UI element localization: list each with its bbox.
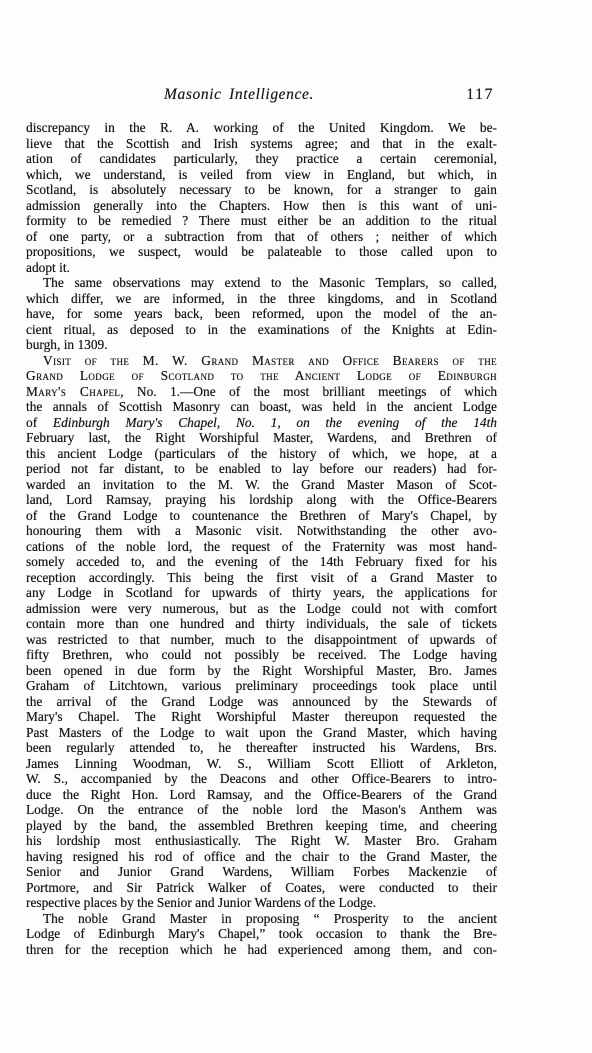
text-line: Lodge of Edinburgh Mary's Chapel,” took … xyxy=(26,926,497,942)
small-caps-text: Grand Lodge of Scotland to the Ancient L… xyxy=(26,368,497,383)
text-line: land, Lord Ramsay, praying his lordship … xyxy=(26,492,497,508)
page-header: Masonic Intelligence. 117 xyxy=(26,86,496,106)
text-line: Mary's Chapel. The Right Worshipful Mast… xyxy=(26,709,497,725)
text-line: Scotland, is absolutely necessary to be … xyxy=(26,182,497,198)
text-line: discrepancy in the R. A. working of the … xyxy=(26,120,497,136)
text-line: burgh, in 1309. xyxy=(26,337,497,353)
text-line: February last, the Right Worshipful Mast… xyxy=(26,430,497,446)
plain-text: , No. 1.—One of the most brilliant meeti… xyxy=(120,384,497,399)
text-line: been opened in due form by the Right Wor… xyxy=(26,663,497,679)
text-line: this ancient Lodge (particulars of the h… xyxy=(26,446,497,462)
text-line: adopt it. xyxy=(26,260,497,276)
text-line: ation of candidates particularly, they p… xyxy=(26,151,497,167)
text-line: the arrival of the Grand Lodge was annou… xyxy=(26,694,497,710)
text-line: admission generally into the Chapters. H… xyxy=(26,198,497,214)
text-line: honouring them with a Masonic visit. Not… xyxy=(26,523,497,539)
text-line: have, for some years back, been reformed… xyxy=(26,306,497,322)
text-line: somely acceded to, and the evening of th… xyxy=(26,554,497,570)
text-line: reception accordingly. This being the fi… xyxy=(26,570,497,586)
text-line: Portmore, and Sir Patrick Walker of Coat… xyxy=(26,880,497,896)
paragraph: Visit of the M. W. Grand Master and Offi… xyxy=(26,353,497,911)
text-line: any Lodge in Scotland for upwards of thi… xyxy=(26,585,497,601)
text-line: Graham of Litchtown, various preliminary… xyxy=(26,678,497,694)
text-line: been regularly attended to, he thereafte… xyxy=(26,740,497,756)
text-line: played by the band, the assembled Brethr… xyxy=(26,818,497,834)
paragraph: discrepancy in the R. A. working of the … xyxy=(26,120,497,275)
text-line: which, we understand, is veiled from vie… xyxy=(26,167,497,183)
text-line: was restricted to that number, much to t… xyxy=(26,632,497,648)
text-line: the annals of Scottish Masonry can boast… xyxy=(26,399,497,415)
text-line: The noble Grand Master in proposing “ Pr… xyxy=(26,911,497,927)
text-line: warded an invitation to the M. W. the Gr… xyxy=(26,477,497,493)
text-line: of the Grand Lodge to countenance the Br… xyxy=(26,508,497,524)
text-line: having resigned his rod of office and th… xyxy=(26,849,497,865)
small-caps-text: Mary's Chapel xyxy=(26,384,120,399)
text-line: Lodge. On the entrance of the noble lord… xyxy=(26,802,497,818)
text-line: period not far distant, to be enabled to… xyxy=(26,461,497,477)
text-line: Mary's Chapel, No. 1.—One of the most br… xyxy=(26,384,497,400)
text-line: which differ, we are informed, in the th… xyxy=(26,291,497,307)
text-line: duce the Right Hon. Lord Ramsay, and the… xyxy=(26,787,497,803)
text-line: fifty Brethren, who could not possibly b… xyxy=(26,647,497,663)
text-line: respective places by the Senior and Juni… xyxy=(26,895,497,911)
text-line: formity to be remedied ? There must eith… xyxy=(26,213,497,229)
paragraph: The noble Grand Master in proposing “ Pr… xyxy=(26,911,497,958)
plain-text: of xyxy=(26,415,53,430)
text-line: Visit of the M. W. Grand Master and Offi… xyxy=(26,353,497,369)
page-body: discrepancy in the R. A. working of the … xyxy=(26,120,497,957)
running-title: Masonic Intelligence. xyxy=(26,86,496,104)
text-line: Grand Lodge of Scotland to the Ancient L… xyxy=(26,368,497,384)
text-line: propositions, we suspect, would be palat… xyxy=(26,244,497,260)
text-line: lieve that the Scottish and Irish system… xyxy=(26,136,497,152)
italic-text: Edinburgh Mary's Chapel, No. 1, on the e… xyxy=(53,415,497,430)
text-line: James Linning Woodman, W. S., William Sc… xyxy=(26,756,497,772)
small-caps-text: Visit of the M. W. Grand Master and Offi… xyxy=(43,353,497,368)
text-line: The same observations may extend to the … xyxy=(26,275,497,291)
text-line: of one party, or a subtraction from that… xyxy=(26,229,497,245)
text-line: cations of the noble lord, the request o… xyxy=(26,539,497,555)
text-line: of Edinburgh Mary's Chapel, No. 1, on th… xyxy=(26,415,497,431)
page-number: 117 xyxy=(466,86,494,104)
scanned-page: Masonic Intelligence. 117 discrepancy in… xyxy=(0,0,592,1053)
paragraph: The same observations may extend to the … xyxy=(26,275,497,353)
text-line: Senior and Junior Grand Wardens, William… xyxy=(26,864,497,880)
text-line: his lordship most enthusiastically. The … xyxy=(26,833,497,849)
text-line: cient ritual, as deposed to in the exami… xyxy=(26,322,497,338)
text-line: Past Masters of the Lodge to wait upon t… xyxy=(26,725,497,741)
text-line: thren for the reception which he had exp… xyxy=(26,942,497,958)
text-line: contain more than one hundred and thirty… xyxy=(26,616,497,632)
text-line: admission were very numerous, but as the… xyxy=(26,601,497,617)
text-line: W. S., accompanied by the Deacons and ot… xyxy=(26,771,497,787)
